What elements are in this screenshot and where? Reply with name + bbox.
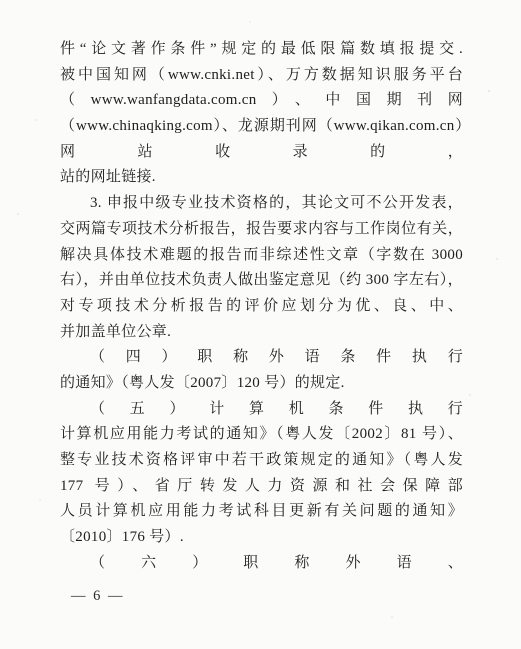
text-line: 对专项技术分析报告的评价应划分为优、良、中、差四个档次， <box>60 294 463 320</box>
text-line: （六）职称外语、计算机可按政策倾斜免考的专业技术人员， <box>60 551 463 577</box>
text-line: 的通知》（粤人发〔2007〕120 号）的规定. <box>60 371 463 397</box>
text-line: 网站收录的，需同时在网上申报系统填报该篇论文在其中一个网 <box>60 140 463 166</box>
text-line: 站的网址链接. <box>60 165 463 191</box>
text-line: （四）职称外语条件执行《关于调整完善我省职称外语政策 <box>60 345 463 371</box>
document-page: 件“论文著作条件”规定的最低限篇数填报提交. 若所提交论文 被中国知网（www.… <box>0 0 521 649</box>
text-line: （五）计算机条件执行《转发人事部关于全国专业技术人员 <box>60 397 463 423</box>
text-line: 3. 申报中级专业技术资格的，其论文可不公开发表，但须提 <box>60 191 463 217</box>
text-line: 并加盖单位公章. <box>60 320 463 346</box>
text-line: 解决具体技术难题的报告而非综述性文章（字数在 3000 字左 <box>60 243 463 269</box>
text-line: 交两篇专项技术分析报告，报告要求内容与工作岗位有关，应是 <box>60 217 463 243</box>
text-line: 被中国知网（www.cnki.net）、万方数据知识服务平台 <box>60 63 463 89</box>
text-line: 177 号）、省厅转发人力资源和社会保障部《关于全国专业技术 <box>60 474 463 500</box>
text-line: 右），并由单位技术负责人做出鉴定意见（约 300 字左右），其中 <box>60 268 463 294</box>
text-line: 人员计算机应用能力考试科目更新有关问题的通知》（粤人发 <box>60 499 463 525</box>
document-body: 件“论文著作条件”规定的最低限篇数填报提交. 若所提交论文 被中国知网（www.… <box>60 37 463 576</box>
text-line: 〔2010〕176 号）. <box>60 525 463 551</box>
text-line: （www.chinaqking.com）、龙源期刊网（www.qikan.com… <box>60 114 463 140</box>
text-line: （www.wanfangdata.com.cn）、中国期刊网 <box>60 88 463 114</box>
text-line: 件“论文著作条件”规定的最低限篇数填报提交. 若所提交论文 <box>60 37 463 63</box>
text-line: 整专业技术资格评审中若干政策规定的通知》（粤人发〔2005〕 <box>60 448 463 474</box>
text-line: 计算机应用能力考试的通知》（粤人发〔2002〕81 号）、《关于调 <box>60 422 463 448</box>
page-number: — 6 — <box>71 588 125 605</box>
